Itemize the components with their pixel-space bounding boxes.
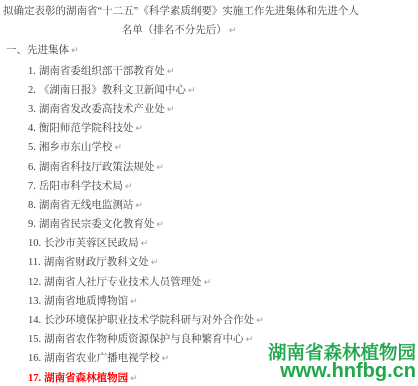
item-number: 12. (28, 277, 41, 288)
item-number: 6. (28, 162, 36, 173)
item-number: 11. (28, 257, 41, 268)
item-number: 17. (28, 373, 41, 384)
section-heading-text: 一、先进集体 (6, 45, 69, 56)
item-number: 1. (28, 66, 36, 77)
paragraph-mark-icon: ↵ (135, 201, 143, 211)
section-heading: 一、先进集体↵ (6, 41, 418, 61)
list-item: 11.湖南省财政厅教科文处↵ (28, 253, 418, 272)
paragraph-mark-icon: ↵ (151, 258, 159, 268)
item-text: 湖南省农业广播电视学校 (44, 353, 160, 364)
item-number: 14. (28, 315, 41, 326)
list-item: 5.湘乡市东山学校↵ (28, 138, 418, 157)
item-text: 湖南省农作物种质资源保护与良种繁育中心 (44, 334, 244, 345)
list-item: 2.《湖南日报》教科文卫新闻中心↵ (28, 81, 418, 100)
paragraph-mark-icon: ↵ (167, 105, 175, 115)
title-line-2-text: 名单（排名不分先后） (122, 25, 227, 36)
list-item: 6.湖南省科技厅政策法规处↵ (28, 158, 418, 177)
document-title: 拟确定表彰的湖南省“十二五”《科学素质纲要》实施工作先进集体和先进个人 名单（排… (3, 2, 355, 41)
title-line-2: 名单（排名不分先后）↵ (3, 21, 355, 41)
paragraph-mark-icon: ↵ (167, 67, 175, 77)
paragraph-mark-icon: ↵ (229, 26, 237, 36)
item-text: 湖南省委组织部干部教育处 (39, 66, 165, 77)
list-item: 4.衡阳师范学院科技处↵ (28, 119, 418, 138)
document-page: 拟确定表彰的湖南省“十二五”《科学素质纲要》实施工作先进集体和先进个人 名单（排… (0, 0, 418, 386)
item-number: 15. (28, 334, 41, 345)
paragraph-mark-icon: ↵ (141, 239, 149, 249)
watermark-site-url: www.hnfbg.cn (268, 362, 416, 381)
item-text: 湘乡市东山学校 (39, 142, 113, 153)
paragraph-mark-icon: ↵ (130, 374, 138, 384)
list-item: 7.岳阳市科学技术局↵ (28, 177, 418, 196)
list-item: 10.长沙市芙蓉区民政局↵ (28, 234, 418, 253)
item-text: 岳阳市科学技术局 (39, 181, 123, 192)
item-text: 湖南省民宗委文化教育处 (39, 219, 155, 230)
item-text: 湖南省人社厅专业技术人员管理处 (44, 277, 202, 288)
paragraph-mark-icon: ↵ (256, 316, 264, 326)
paragraph-mark-icon: ↵ (114, 143, 122, 153)
paragraph-mark-icon: ↵ (130, 297, 138, 307)
advanced-groups-list: 1.湖南省委组织部干部教育处↵ 2.《湖南日报》教科文卫新闻中心↵ 3.湖南省发… (0, 62, 418, 386)
list-item: 3.湖南省发改委高技术产业处↵ (28, 100, 418, 119)
item-number: 5. (28, 142, 36, 153)
item-text: 衡阳师范学院科技处 (39, 123, 134, 134)
paragraph-mark-icon: ↵ (156, 220, 164, 230)
item-number: 4. (28, 123, 36, 134)
paragraph-mark-icon: ↵ (188, 86, 196, 96)
item-number: 3. (28, 104, 36, 115)
site-watermark: 湖南省森林植物园 www.hnfbg.cn (268, 343, 416, 381)
list-item: 13.湖南省地质博物馆↵ (28, 292, 418, 311)
paragraph-mark-icon: ↵ (162, 354, 170, 364)
item-text: 长沙环境保护职业技术学院科研与对外合作处 (44, 315, 254, 326)
paragraph-mark-icon: ↵ (156, 163, 164, 173)
list-item: 1.湖南省委组织部干部教育处↵ (28, 62, 418, 81)
item-number: 16. (28, 353, 41, 364)
list-item: 14.长沙环境保护职业技术学院科研与对外合作处↵ (28, 311, 418, 330)
item-number: 13. (28, 296, 41, 307)
item-text: 湖南省发改委高技术产业处 (39, 104, 165, 115)
item-number: 8. (28, 200, 36, 211)
item-text: 长沙市芙蓉区民政局 (44, 238, 139, 249)
list-item: 12.湖南省人社厅专业技术人员管理处↵ (28, 273, 418, 292)
title-line-1: 拟确定表彰的湖南省“十二五”《科学素质纲要》实施工作先进集体和先进个人 (3, 2, 355, 21)
item-number: 7. (28, 181, 36, 192)
item-number: 9. (28, 219, 36, 230)
paragraph-mark-icon: ↵ (135, 124, 143, 134)
item-text: 湖南省无线电监测站 (39, 200, 134, 211)
list-item: 9.湖南省民宗委文化教育处↵ (28, 215, 418, 234)
item-text: 《湖南日报》教科文卫新闻中心 (39, 85, 186, 96)
item-text: 湖南省科技厅政策法规处 (39, 162, 155, 173)
item-text: 湖南省森林植物园 (44, 373, 128, 384)
item-number: 2. (28, 85, 36, 96)
list-item: 8.湖南省无线电监测站↵ (28, 196, 418, 215)
item-text: 湖南省财政厅教科文处 (44, 257, 149, 268)
item-number: 10. (28, 238, 41, 249)
paragraph-mark-icon: ↵ (204, 278, 212, 288)
item-text: 湖南省地质博物馆 (44, 296, 128, 307)
paragraph-mark-icon: ↵ (71, 46, 79, 56)
paragraph-mark-icon: ↵ (125, 182, 133, 192)
paragraph-mark-icon: ↵ (246, 335, 254, 345)
